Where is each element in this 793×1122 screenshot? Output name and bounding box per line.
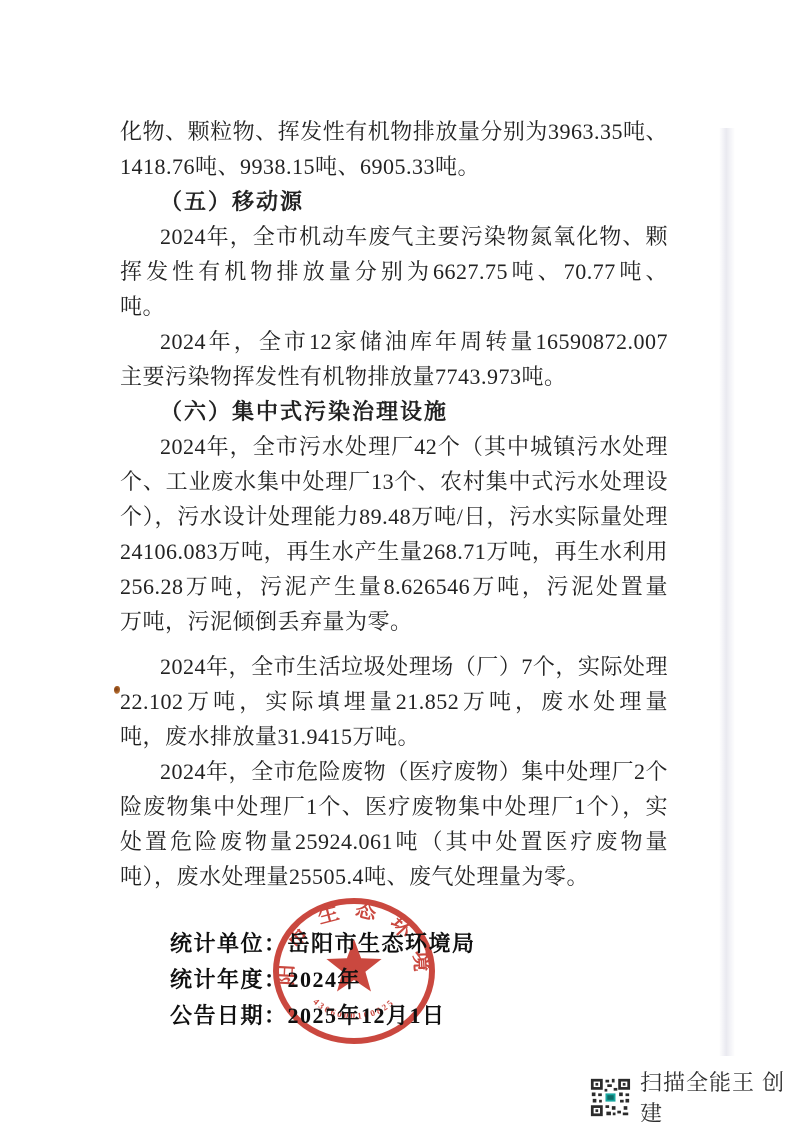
footer-label: 统计年度：	[170, 967, 288, 992]
text-line: 主要污染物挥发性有机物排放量7743.973吨。	[120, 359, 668, 394]
text-line: 24106.083万吨，再生水产生量268.71万吨，再生水利用量	[120, 534, 668, 569]
footer-line-year: 统计年度：2024年	[170, 962, 476, 998]
footer-label: 统计单位：	[170, 931, 288, 956]
text-line: 2024年，全市污水处理厂42个（其中城镇污水处理厂25	[120, 429, 668, 464]
text-line: 吨。	[120, 289, 668, 324]
footer-line-date: 公告日期：2025年12月1日	[170, 998, 476, 1034]
footer-value: 2024年	[288, 967, 362, 992]
qr-code-icon	[590, 1076, 631, 1119]
text-line: 处置危险废物量25924.061吨（其中处置医疗废物量3977.36	[120, 824, 668, 859]
scan-artifact-band	[719, 128, 735, 1056]
text-line: （六）集中式污染治理设施	[120, 394, 668, 429]
document-body: 化物、颗粒物、挥发性有机物排放量分别为3963.35吨、1418.76吨、993…	[120, 114, 668, 894]
text-line: 挥发性有机物排放量分别为6627.75吨、70.77吨、3715.73	[120, 254, 668, 289]
scanned-document-page: 化物、颗粒物、挥发性有机物排放量分别为3963.35吨、1418.76吨、993…	[0, 0, 793, 1122]
document-footer: 统计单位：岳阳市生态环境局 统计年度：2024年 公告日期：2025年12月1日	[170, 926, 476, 1034]
text-line: 256.28万吨，污泥产生量8.626546万吨，污泥处置量8.599707	[120, 569, 668, 604]
text-line: 2024年，全市危险废物（医疗废物）集中处理厂2个（危	[120, 754, 668, 789]
footer-value: 岳阳市生态环境局	[288, 931, 476, 956]
text-line: 个），污水设计处理能力89.48万吨/日，污水实际量处理	[120, 499, 668, 534]
text-line: 2024年，全市机动车废气主要污染物氮氧化物、颗粒物、	[120, 219, 668, 254]
scanner-watermark: 扫描全能王 创建	[590, 1066, 793, 1122]
text-line: 险废物集中处理厂1个、医疗废物集中处理厂1个），实际利用	[120, 789, 668, 824]
watermark-text: 扫描全能王 创建	[640, 1066, 793, 1122]
text-line: 2024年，全市12家储油库年周转量16590872.007吨，废气	[120, 324, 668, 359]
text-line: 22.102万吨，实际填埋量21.852万吨，废水处理量46.4967万	[120, 684, 668, 719]
text-line: （五）移动源	[120, 184, 668, 219]
text-line: 吨），废水处理量25505.4吨、废气处理量为零。	[120, 859, 668, 894]
text-line: 化物、颗粒物、挥发性有机物排放量分别为3963.35吨、	[120, 114, 668, 149]
footer-line-unit: 统计单位：岳阳市生态环境局	[170, 926, 476, 962]
text-line: 2024年，全市生活垃圾处理场（厂）7个，实际处理量	[120, 649, 668, 684]
text-line: 1418.76吨、9938.15吨、6905.33吨。	[120, 149, 668, 184]
text-line: 个、工业废水集中处理厂13个、农村集中式污水处理设施4	[120, 464, 668, 499]
text-line: 万吨，污泥倾倒丢弃量为零。	[120, 604, 668, 639]
footer-value: 2025年12月1日	[288, 1003, 446, 1028]
text-line: 吨，废水排放量31.9415万吨。	[120, 719, 668, 754]
footer-label: 公告日期：	[170, 1003, 288, 1028]
